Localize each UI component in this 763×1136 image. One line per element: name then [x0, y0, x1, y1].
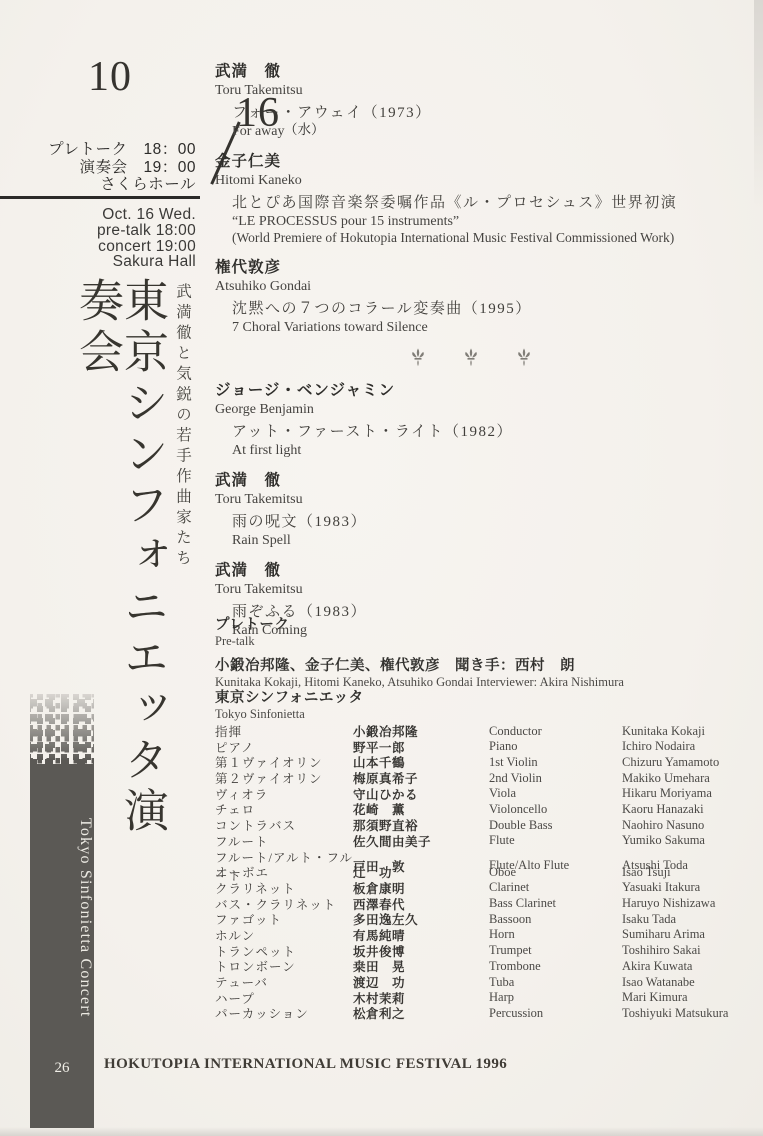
player-name-en: Toshiyuki Matsukura [622, 1006, 763, 1021]
sidebar-dissolve-pattern [30, 694, 94, 766]
instrument-en: 2nd Violin [489, 771, 622, 786]
instrument-en: Tuba [489, 975, 622, 990]
player-name-en: Isaku Tada [622, 912, 763, 927]
piece-title-jp: アット・ファースト・ライト（1982） [215, 423, 763, 442]
piece-title-jp: 雨の呪文（1983） [215, 513, 763, 532]
table-row: クラリネット 板倉康明 Clarinet Yasuaki Itakura [215, 879, 763, 895]
piece-title-en: At first light [215, 442, 763, 459]
table-row: パーカッション 松倉利之 Percussion Toshiyuki Matsuk… [215, 1004, 763, 1020]
instrument-en: Trombone [489, 959, 622, 974]
festival-title: HOKUTOPIA INTERNATIONAL MUSIC FESTIVAL 1… [104, 1056, 584, 1073]
player-name-en: Chizuru Yamamoto [622, 755, 763, 770]
instrument-en: Bassoon [489, 912, 622, 927]
composer-name-en: George Benjamin [215, 401, 763, 419]
player-name-en: Kaoru Hanazaki [622, 802, 763, 817]
pretalk-people-en: Kunitaka Kokaji, Hitomi Kaneko, Atsuhiko… [215, 675, 763, 690]
program-entry: 金子仁美 Hitomi Kaneko 北とぴあ国際音楽祭委嘱作品《ル・プロセシュ… [215, 152, 763, 246]
table-row: ピアノ 野平一郎 Piano Ichiro Nodaira [215, 738, 763, 754]
fleur-de-lis-icon [464, 348, 478, 367]
fleur-de-lis-icon [517, 348, 531, 367]
event-times-en: Oct. 16 Wed. pre-talk 18:00 concert 19:0… [0, 207, 196, 270]
table-row: ホルン 有馬純晴 Horn Sumiharu Arima [215, 926, 763, 942]
instrument-en: Double Bass [489, 818, 622, 833]
player-name-en: Kunitaka Kokaji [622, 724, 763, 739]
instrument-en: Percussion [489, 1006, 622, 1021]
table-row: トランペット 坂井俊博 Trumpet Toshihiro Sakai [215, 942, 763, 958]
sidebar-title-vertical: Tokyo Sinfonietta Concert [30, 788, 94, 1048]
instrument-en: Violoncello [489, 802, 622, 817]
sidebar-bar: Tokyo Sinfonietta Concert 26 [30, 764, 94, 1128]
instrument-jp: パーカッション [215, 1004, 353, 1022]
instrument-en: Conductor [489, 724, 622, 739]
composer-name-jp: 武満 徹 [215, 561, 763, 581]
table-row: ハープ 木村茉莉 Harp Mari Kimura [215, 989, 763, 1005]
player-name-en: Yasuaki Itakura [622, 880, 763, 895]
player-name-en: Ichiro Nodaira [622, 739, 763, 754]
table-row: ファゴット 多田逸左久 Bassoon Isaku Tada [215, 910, 763, 926]
date-en: Oct. 16 Wed. [0, 207, 196, 223]
composer-name-jp: 武満 徹 [215, 471, 763, 491]
table-row: テューバ 渡辺 功 Tuba Isao Watanabe [215, 973, 763, 989]
composer-name-jp: 権代敦彦 [215, 258, 763, 278]
pretalk-heading-jp: プレトーク [215, 616, 763, 634]
instrument-en: Piano [489, 739, 622, 754]
composer-name-en: Hitomi Kaneko [215, 172, 763, 190]
table-row: オーボエ 辻 功 Oboe Isao Tsuji [215, 863, 763, 879]
player-name-jp: 佐久間由美子 [353, 832, 489, 850]
instrument-en: Viola [489, 786, 622, 801]
ensemble-members-table: 指揮 小鍛冶邦隆 Conductor Kunitaka Kokaji ピアノ 野… [215, 722, 763, 1020]
concert-subtitle-vertical: 武満徹と気鋭の若手作曲家たち [169, 283, 193, 633]
player-name-en: Makiko Umehara [622, 771, 763, 786]
scan-edge-bottom [0, 1127, 763, 1136]
program-entry: 権代敦彦 Atsuhiko Gondai 沈黙への７つのコラール変奏曲（1995… [215, 258, 763, 336]
composer-name-jp: 武満 徹 [215, 62, 763, 82]
pretalk-time-en: pre-talk 18:00 [0, 223, 196, 239]
pretalk-people-jp: 小鍛冶邦隆、金子仁美、権代敦彦 聞き手：西村 朗 [215, 657, 763, 675]
player-name-en: Isao Watanabe [622, 975, 763, 990]
player-name-en: Yumiko Sakuma [622, 833, 763, 848]
table-row: 第２ヴァイオリン 梅原真希子 2nd Violin Makiko Umehara [215, 769, 763, 785]
instrument-en: 1st Violin [489, 755, 622, 770]
player-name-en: Naohiro Nasuno [622, 818, 763, 833]
piece-title-en: For away [215, 123, 763, 140]
composer-name-en: Toru Takemitsu [215, 82, 763, 100]
player-name-en: Isao Tsuji [622, 865, 763, 880]
player-name-en: Haruyo Nishizawa [622, 896, 763, 911]
table-row: チェロ 花崎 薫 Violoncello Kaoru Hanazaki [215, 800, 763, 816]
table-row: フルート 佐久間由美子 Flute Yumiko Sakuma [215, 832, 763, 848]
player-name-en: Mari Kimura [622, 990, 763, 1005]
table-row: 指揮 小鍛冶邦隆 Conductor Kunitaka Kokaji [215, 722, 763, 738]
program-list: 武満 徹 Toru Takemitsu フォー・アウェイ（1973） For a… [215, 62, 763, 651]
program-part-1: 武満 徹 Toru Takemitsu フォー・アウェイ（1973） For a… [215, 62, 763, 336]
table-row: バス・クラリネット 西澤春代 Bass Clarinet Haruyo Nish… [215, 895, 763, 911]
concert-title-vertical: 東京シンフォニエッタ演奏会 [100, 277, 164, 872]
table-row: コントラバス 那須野直裕 Double Bass Naohiro Nasuno [215, 816, 763, 832]
horizontal-rule [0, 196, 200, 199]
hall-name-jp: さくらホール [0, 176, 196, 194]
instrument-en: Harp [489, 990, 622, 1005]
program-entry: ジョージ・ベンジャミン George Benjamin アット・ファースト・ライ… [215, 381, 763, 459]
table-row: トロンボーン 桒田 晃 Trombone Akira Kuwata [215, 957, 763, 973]
fleur-de-lis-icon [411, 348, 425, 367]
composer-name-en: Toru Takemitsu [215, 491, 763, 509]
piece-title-jp: フォー・アウェイ（1973） [215, 104, 763, 123]
pretalk-section: プレトーク Pre-talk 小鍛冶邦隆、金子仁美、権代敦彦 聞き手：西村 朗 … [215, 616, 763, 690]
player-name-en: Akira Kuwata [622, 959, 763, 974]
player-name-en: Toshihiro Sakai [622, 943, 763, 958]
instrument-en: Oboe [489, 865, 622, 880]
ensemble-name-jp: 東京シンフォニエッタ [215, 689, 763, 707]
ensemble-name-en: Tokyo Sinfonietta [215, 707, 763, 722]
concert-time-jp: 演奏会 19：00 [0, 159, 196, 177]
pretalk-time-jp: プレトーク 18：00 [0, 141, 196, 159]
piece-premiere-note: (World Premiere of Hokutopia Internation… [215, 230, 763, 246]
piece-title-en: 7 Choral Variations toward Silence [215, 319, 763, 336]
table-row: フルート/アルト・フルート 戸田 敦 Flute/Alto Flute Atsu… [215, 848, 763, 864]
piece-title-en: Rain Spell [215, 532, 763, 549]
hall-name-en: Sakura Hall [0, 254, 196, 270]
program-entry: 武満 徹 Toru Takemitsu 雨の呪文（1983） Rain Spel… [215, 471, 763, 549]
instrument-en: Horn [489, 927, 622, 942]
program-part-2: ジョージ・ベンジャミン George Benjamin アット・ファースト・ライ… [215, 381, 763, 639]
concert-time-en: concert 19:00 [0, 239, 196, 255]
event-times-jp: プレトーク 18：00 演奏会 19：00 さくらホール [0, 141, 196, 194]
piece-title-jp: 北とぴあ国際音楽祭委嘱作品《ル・プロセシュス》世界初演 [215, 194, 763, 213]
composer-name-en: Atsuhiko Gondai [215, 278, 763, 296]
ensemble-heading: 東京シンフォニエッタ Tokyo Sinfonietta [215, 689, 763, 722]
composer-name-jp: 金子仁美 [215, 152, 763, 172]
composer-name-jp: ジョージ・ベンジャミン [215, 381, 763, 401]
piece-title-jp: 沈黙への７つのコラール変奏曲（1995） [215, 300, 763, 319]
piece-title-en: “LE PROCESSUS pour 15 instruments” [215, 213, 763, 230]
instrument-en: Flute [489, 833, 622, 848]
instrument-en: Bass Clarinet [489, 896, 622, 911]
table-row: ヴィオラ 守山ひかる Viola Hikaru Moriyama [215, 785, 763, 801]
composer-name-en: Toru Takemitsu [215, 581, 763, 599]
instrument-en: Clarinet [489, 880, 622, 895]
player-name-jp: 松倉利之 [353, 1004, 489, 1022]
table-row: 第１ヴァイオリン 山本千鶴 1st Violin Chizuru Yamamot… [215, 753, 763, 769]
program-entry: 武満 徹 Toru Takemitsu フォー・アウェイ（1973） For a… [215, 62, 763, 140]
player-name-en: Hikaru Moriyama [622, 786, 763, 801]
page-number: 26 [30, 1060, 94, 1077]
instrument-en: Trumpet [489, 943, 622, 958]
date-month: 10 [88, 56, 132, 98]
player-name-en: Sumiharu Arima [622, 927, 763, 942]
program-divider [215, 348, 763, 367]
pretalk-heading-en: Pre-talk [215, 634, 763, 649]
